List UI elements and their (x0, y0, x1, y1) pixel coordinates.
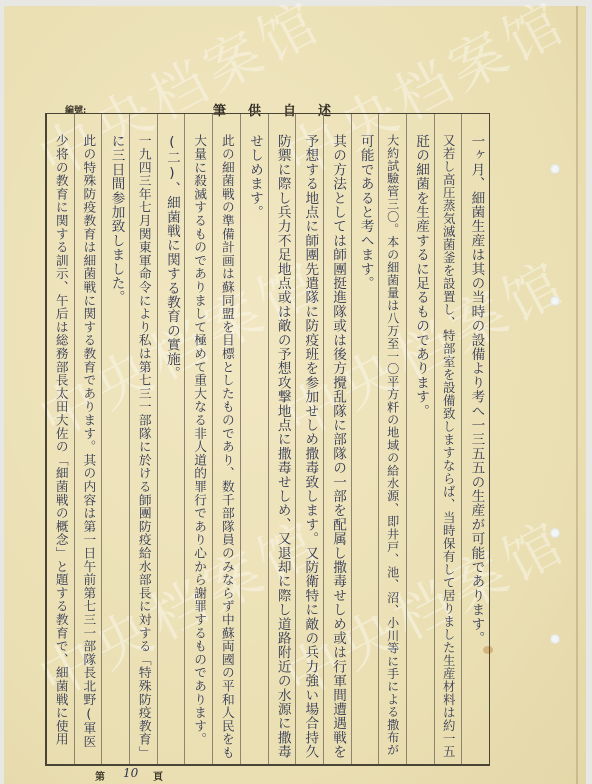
manuscript-column: 予想する地点に師團先遣隊に防疫班を参加せしめ撒毒致します。又防衛特に敵の兵力強い… (295, 114, 323, 764)
manuscript-column: 一九四三年七月関東軍命令により私は第七三一部隊に於ける師團防疫給水部長に対する「… (129, 114, 157, 764)
column-text: 少将の教育に関する訓示、午后は総務部長太田大佐の「細菌戦の概念」と題する教育で、… (54, 134, 67, 746)
page-prefix: 第 (95, 768, 105, 783)
column-text: 可能であると考へます。 (358, 134, 372, 290)
column-text: せしめます。 (247, 134, 261, 219)
column-text: に三日間参加致しました。 (109, 134, 123, 304)
column-text: 防禦に際し兵力不足地点或は敵の予想攻撃地点に撒毒せしめ、又退却に際し道路附近の水… (275, 134, 289, 759)
binding-hole (550, 296, 560, 306)
manuscript-column: 一ヶ月、細菌生産は其の当時の設備より考へ一三五五の生産が可能であります。 (461, 114, 489, 764)
binding-hole (550, 164, 560, 174)
manuscript-column: 瓩の細菌を生産するに足るものであります。 (406, 114, 434, 764)
binding-hole (550, 634, 560, 644)
column-text: 瓩の細菌を生産するに足るものであります。 (413, 134, 427, 418)
manuscript-column: 其の方法としては師團挺進隊或は後方攪乱隊に部隊の一部を配属し撒毒せしめ或は行軍間… (323, 114, 351, 764)
manuscript-column: 少将の教育に関する訓示、午后は総務部長太田大佐の「細菌戦の概念」と題する教育で、… (47, 114, 74, 764)
column-text: 大量に殺滅するものでありまして極めて重大なる非人道的罪行であり心から謝罪するもの… (192, 134, 205, 746)
manuscript-column: に三日間参加致しました。 (101, 114, 129, 764)
manuscript-column: 此の特殊防疫教育は細菌戦に関する教育であります。其の内容は第一日午前第七三一部隊… (74, 114, 102, 764)
manuscript-column: 可能であると考へます。 (351, 114, 379, 764)
page-edge (576, 6, 578, 784)
column-text: 又若し高圧蒸気滅菌釜を設置し、特部室を設備致しますならば、当時保有して居りました… (442, 134, 454, 758)
manuscript-column: 大約試驗管三〇。本の細菌量は八万至一〇平方粁の地域の給水源、即井戸、池、沼、小川… (378, 114, 406, 764)
column-text: 其の方法としては師團挺進隊或は後方攪乱隊に部隊の一部を配属し撒毒せしめ或は行軍間… (330, 134, 344, 759)
column-text: (二)、細菌戦に関する教育の實施。 (164, 134, 178, 380)
column-text: 予想する地点に師團先遣隊に防疫班を参加せしめ撒毒致します。又防衛特に敵の兵力強い… (303, 134, 317, 759)
manuscript-column: 此の細菌戦の準備計画は蘇同盟を目標としたものであり、数千部隊員のみならず中蘇両國… (212, 114, 240, 764)
page-number: 10 (123, 766, 138, 780)
manuscript-column: 大量に殺滅するものでありまして極めて重大なる非人道的罪行であり心から謝罪するもの… (184, 114, 212, 764)
manuscript-column: せしめます。 (240, 114, 268, 764)
manuscript-column: 又若し高圧蒸気滅菌釜を設置し、特部室を設備致しますならば、当時保有して居りました… (434, 114, 462, 764)
manuscript-column: (二)、細菌戦に関する教育の實施。 (157, 114, 185, 764)
page-suffix: 頁 (153, 768, 163, 783)
binding-hole (550, 528, 560, 538)
manuscript-grid: 一ヶ月、細菌生産は其の当時の設備より考へ一三五五の生産が可能であります。又若し高… (45, 113, 490, 766)
manuscript-column: 防禦に際し兵力不足地点或は敵の予想攻撃地点に撒毒せしめ、又退却に際し道路附近の水… (268, 114, 296, 764)
column-text: 大約試驗管三〇。本の細菌量は八万至一〇平方粁の地域の給水源、即井戸、池、沼、小川… (387, 134, 399, 756)
column-text: 此の細菌戦の準備計画は蘇同盟を目標としたものであり、数千部隊員のみならず中蘇両國… (220, 134, 233, 759)
column-text: 此の特殊防疫教育は細菌戦に関する教育であります。其の内容は第一日午前第七三一部隊… (82, 134, 95, 748)
column-text: 一ヶ月、細菌生産は其の当時の設備より考へ一三五五の生産が可能であります。 (469, 134, 483, 645)
column-text: 一九四三年七月関東軍命令により私は第七三一部隊に於ける師團防疫給水部長に対する「… (137, 134, 150, 759)
